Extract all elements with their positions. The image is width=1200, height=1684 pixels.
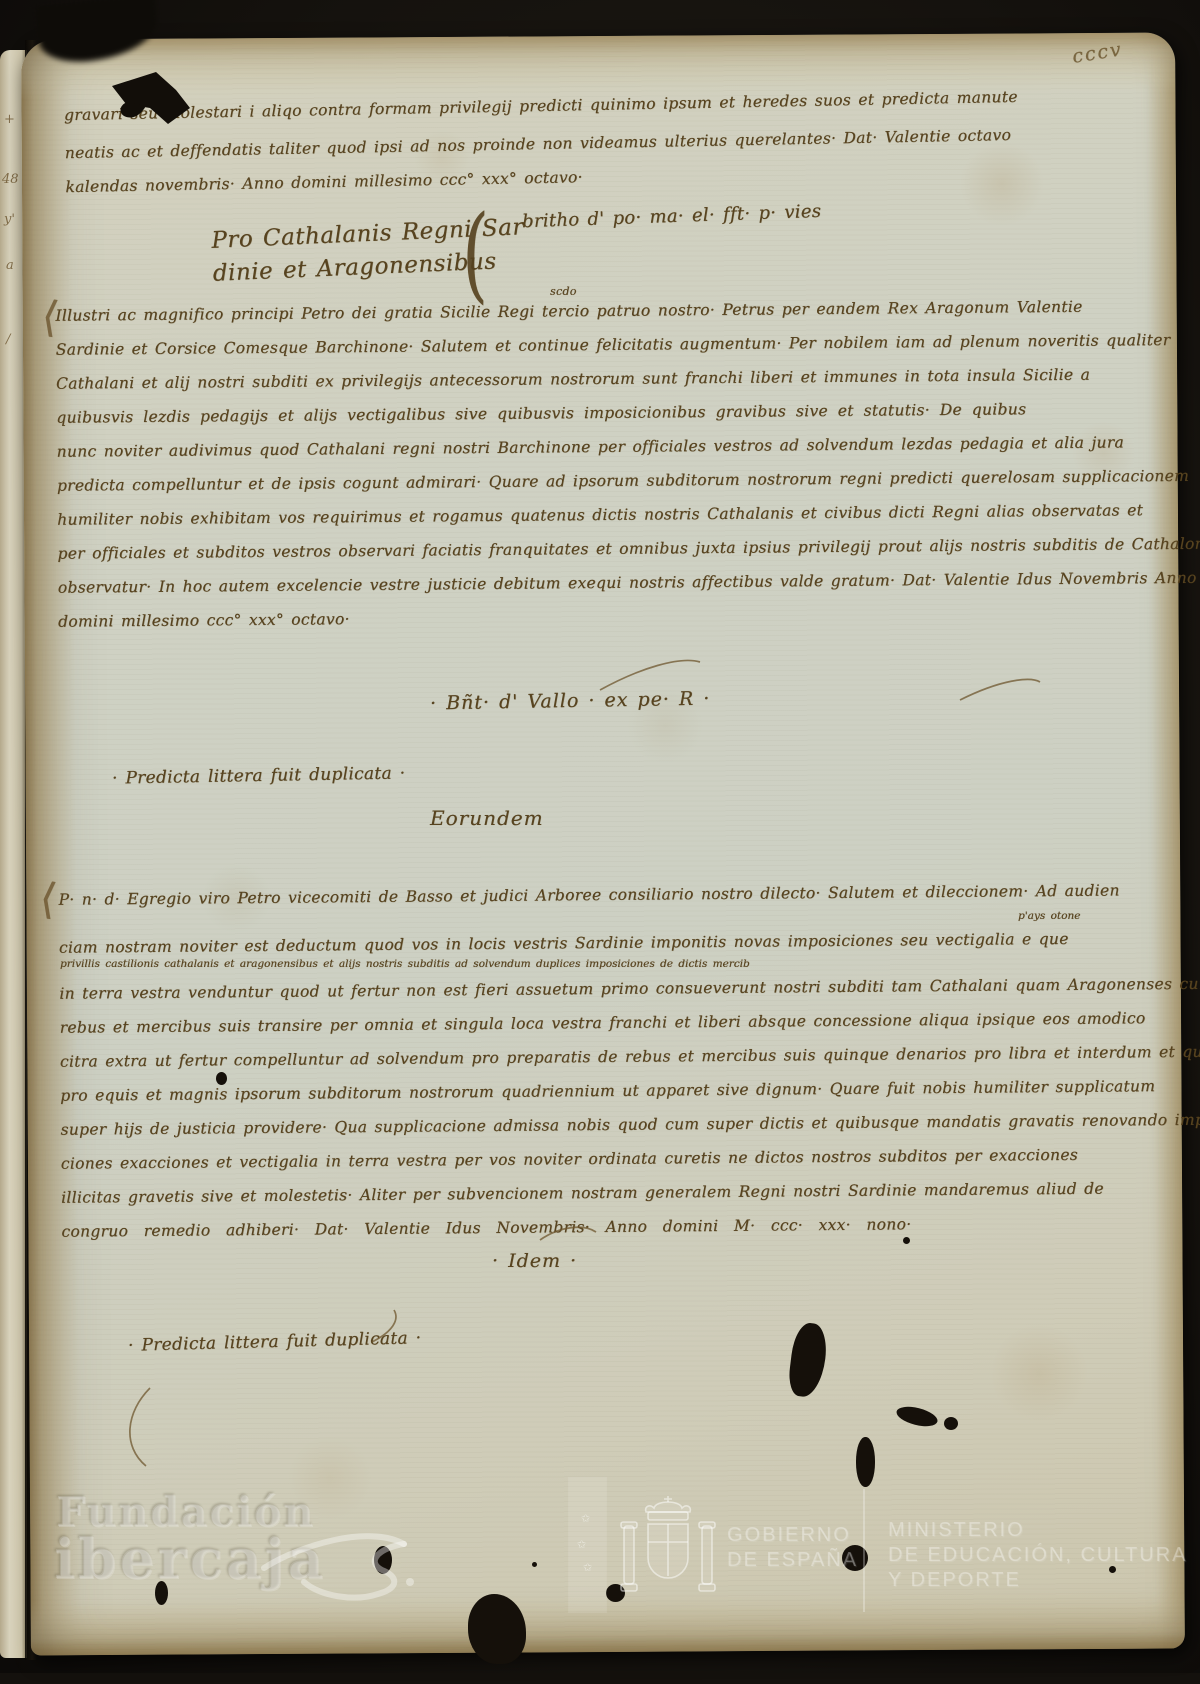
star-icon: ✩ [577,1538,586,1551]
watermark-divider [863,1489,865,1612]
manuscript-line: P· n· d· Egregio viro Petro vicecomiti d… [58,882,1038,909]
manuscript-line: ciam nostram noviter est deductum quod v… [59,930,1039,957]
star-icon: ✩ [583,1561,592,1574]
ink-blot [944,1417,958,1430]
spain-coat-of-arms-icon [618,1492,718,1602]
manuscript-line: illicitas gravetis sive et molestetis· A… [61,1180,1041,1207]
ink-speck [1109,1566,1116,1573]
ink-blot [856,1437,875,1487]
manuscript-line: pro equis et magnis ipsorum subditorum n… [60,1078,1040,1105]
manuscript-line: rebus et mercibus suis transire per omni… [60,1010,1040,1037]
ministerio-watermark-line2: DE EDUCACIÓN, CULTURA [888,1544,1187,1567]
star-icon: ✩ [581,1512,590,1525]
ministerio-watermark-line3: Y DEPORTE [888,1569,1021,1592]
ibercaja-logo-icon [258,1516,418,1606]
manuscript-line: congruo remedio adhiberi· Dat· Valentie … [61,1215,911,1240]
manuscript-line: ciones exacciones et vectigalia in terra… [61,1146,1041,1173]
ministerio-watermark-line1: MINISTERIO [888,1519,1025,1542]
ink-speck [532,1562,537,1567]
ink-speck [903,1237,910,1244]
letter2-body: P· n· d· Egregio viro Petro vicecomiti d… [0,0,1200,1673]
manuscript-line: citra extra ut fertur compelluntur ad so… [60,1044,1040,1071]
letter2-subscription: · Idem · [492,1250,577,1272]
photograph-background: + 48 y' a / cccv gravari seu molestari i… [0,0,1200,1673]
gobierno-watermark-line2: DE ESPAÑA [727,1549,858,1572]
gobierno-watermark-line1: GOBIERNO [727,1524,851,1547]
manuscript-line: in terra vestra venduntur quod ut fertur… [59,976,1039,1003]
manuscript-line: super hijs de justicia providere· Qua su… [60,1112,1040,1139]
ink-speck [216,1072,227,1085]
eu-flag-panel [569,1478,606,1612]
